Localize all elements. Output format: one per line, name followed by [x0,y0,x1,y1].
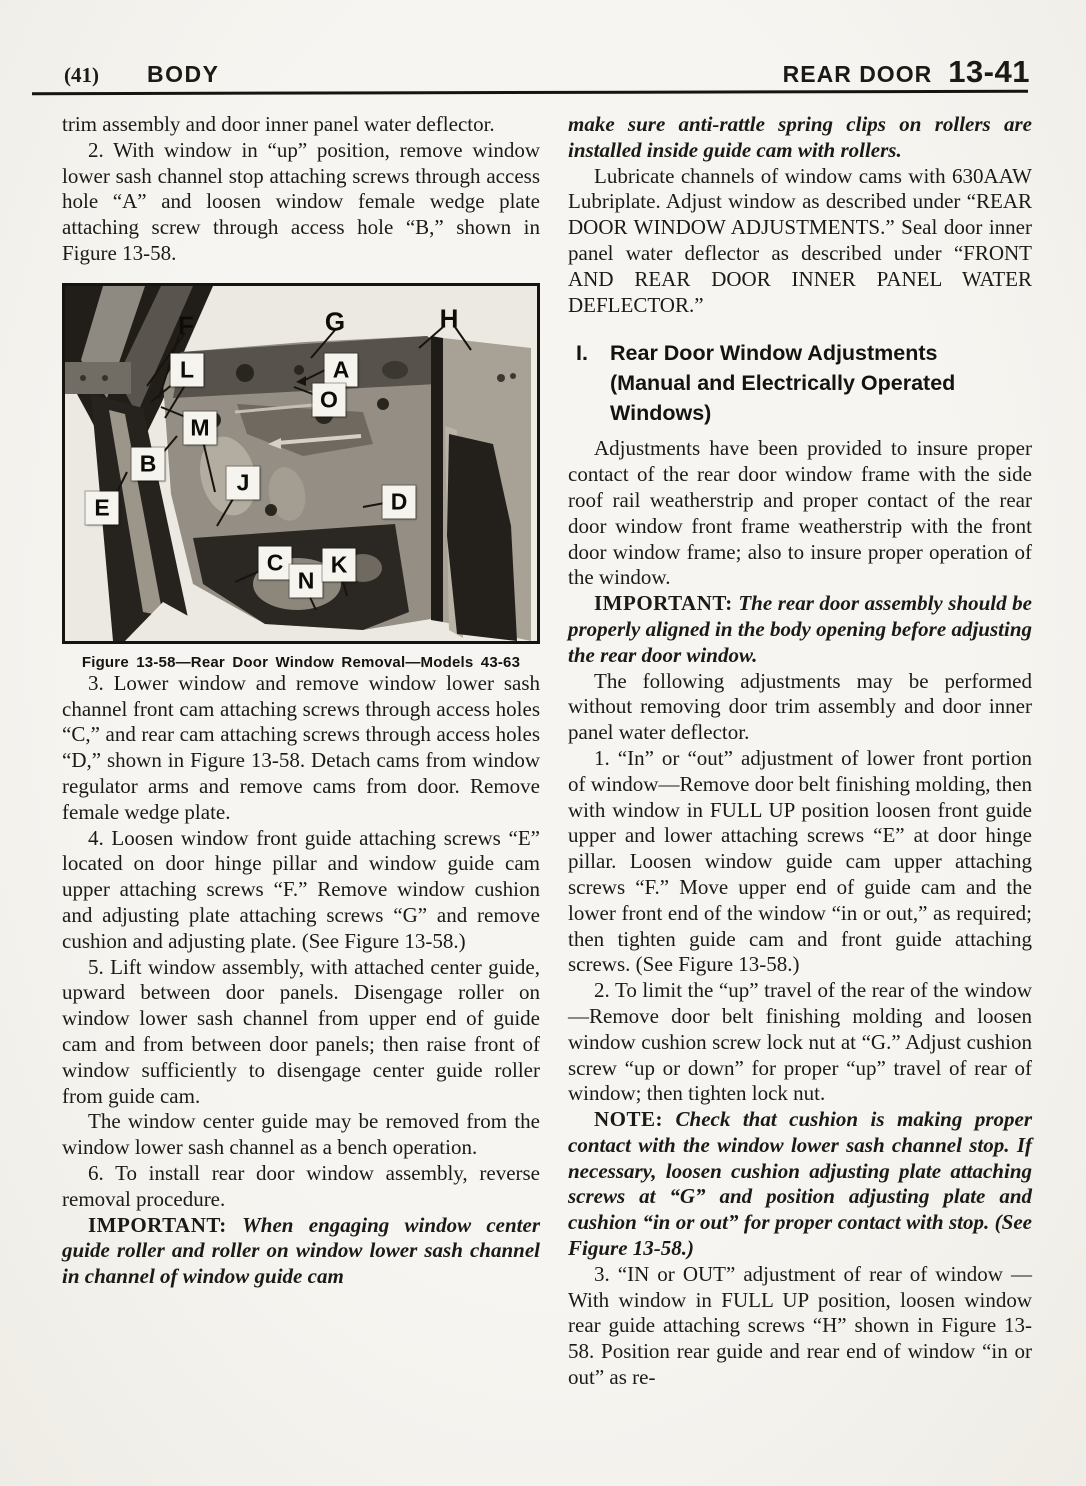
paragraph-adjustments: Adjustments have been provided to insure… [568,436,1032,591]
important-label: IMPORTANT: [594,591,733,615]
section-heading-text: Rear Door Window Adjustments (Manual and… [610,338,986,428]
figure-callout-g: G [325,306,345,337]
figure-callout-d: D [383,485,416,518]
page-number-left: (41) [64,63,99,88]
step-1-adjust: 1. “In” or “out” adjustment of lower fro… [568,746,1032,978]
paragraph-continuation: trim assembly and door inner panel water… [62,112,540,138]
paragraph-lubricate: Lubricate channels of window cams with 6… [568,164,1032,319]
step-6: 6. To install rear door window assembly,… [62,1161,540,1213]
paragraph-center-guide: The window center guide may be removed f… [62,1109,540,1161]
figure-callout-e: E [86,491,119,524]
figure-callout-o: O [313,383,346,416]
right-column: make sure anti-rattle spring clips on ro… [568,112,1032,1391]
paragraph-following: The following adjustments may be perform… [568,669,1032,746]
figure-callout-c: C [259,546,292,579]
figure-callout-k: K [323,548,356,581]
figure-callout-j: J [227,466,260,499]
page-number-right: 13-41 [948,54,1030,90]
figure-callout-l: L [171,353,204,386]
header-left: (41) BODY [64,61,219,88]
note-paragraph: NOTE: Check that cushion is making prope… [568,1107,1032,1262]
manual-page: (41) BODY REAR DOOR 13-41 trim assembly … [0,0,1086,1486]
page-header: (41) BODY REAR DOOR 13-41 [64,54,1030,90]
header-right: REAR DOOR 13-41 [783,54,1030,90]
note-label: NOTE: [594,1107,663,1131]
important-note-left: IMPORTANT: When engaging window center g… [62,1213,540,1290]
section-heading-number: I. [576,338,610,428]
figure-callout-m: M [184,411,217,444]
figure-callout-f: F [178,310,194,341]
step-2-adjust: 2. To limit the “up” travel of the rear … [568,978,1032,1107]
header-rule [32,90,1028,95]
chapter-title: REAR DOOR [783,61,933,88]
section-title: BODY [147,61,219,88]
step-2: 2. With window in “up” position, remove … [62,138,540,267]
step-4: 4. Loosen window front guide attaching s… [62,826,540,955]
left-column: trim assembly and door inner panel water… [62,112,540,1290]
figure-caption: Figure 13-58—Rear Door Window Removal—Mo… [62,654,540,671]
figure-callout-h: H [440,303,459,334]
step-3-adjust: 3. “IN or OUT” adjustment of rear of win… [568,1262,1032,1391]
figure-callout-a: A [325,353,358,386]
step-3: 3. Lower window and remove window lower … [62,671,540,826]
important-label: IMPORTANT: [88,1213,227,1237]
important-note-right: IMPORTANT: The rear door assembly should… [568,591,1032,668]
figure-photo: F G H L A O M B E J D C N K [62,283,540,644]
section-heading-i: I. Rear Door Window Adjustments (Manual … [576,338,1032,428]
step-5: 5. Lift window assembly, with attached c… [62,955,540,1110]
figure-13-58: F G H L A O M B E J D C N K Figure 13-58… [62,283,540,671]
paragraph-continuation-italic: make sure anti-rattle spring clips on ro… [568,112,1032,164]
figure-callout-b: B [132,447,165,480]
figure-callout-n: N [290,564,323,597]
